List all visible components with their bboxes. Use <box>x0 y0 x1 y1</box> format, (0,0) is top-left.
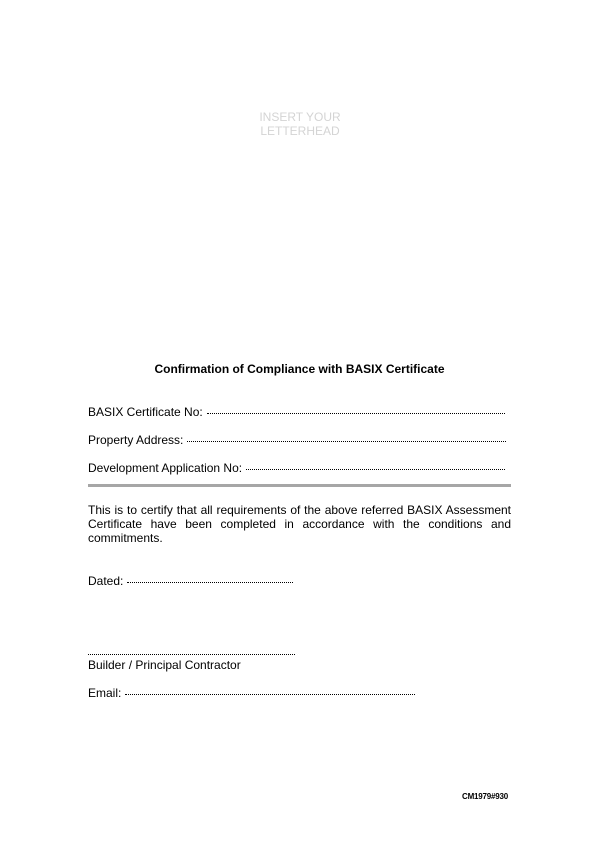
basix-certificate-no-label: BASIX Certificate No: <box>88 405 203 420</box>
document-title: Confirmation of Compliance with BASIX Ce… <box>88 362 511 377</box>
dated-field[interactable]: Dated: <box>88 574 293 589</box>
signature-line[interactable] <box>88 654 295 655</box>
email-blank[interactable] <box>125 693 415 695</box>
document-reference-code: CM1979#930 <box>462 792 508 802</box>
development-application-no-blank[interactable] <box>246 468 505 470</box>
signature-label: Builder / Principal Contractor <box>88 658 241 673</box>
property-address-label: Property Address: <box>88 433 183 448</box>
property-address-blank[interactable] <box>187 440 506 442</box>
section-divider <box>88 484 511 487</box>
property-address-field[interactable]: Property Address: <box>88 433 506 448</box>
dated-blank[interactable] <box>127 581 293 583</box>
letterhead-placeholder: INSERT YOUR LETTERHEAD <box>230 110 370 138</box>
dated-label: Dated: <box>88 574 123 589</box>
development-application-no-field[interactable]: Development Application No: <box>88 461 505 476</box>
basix-certificate-no-field[interactable]: BASIX Certificate No: <box>88 405 505 420</box>
letterhead-line-1: INSERT YOUR <box>230 110 370 124</box>
letterhead-line-2: LETTERHEAD <box>230 124 370 138</box>
basix-certificate-no-blank[interactable] <box>207 412 505 414</box>
email-field[interactable]: Email: <box>88 686 415 701</box>
certification-statement: This is to certify that all requirements… <box>88 503 511 545</box>
email-label: Email: <box>88 686 121 701</box>
development-application-no-label: Development Application No: <box>88 461 242 476</box>
